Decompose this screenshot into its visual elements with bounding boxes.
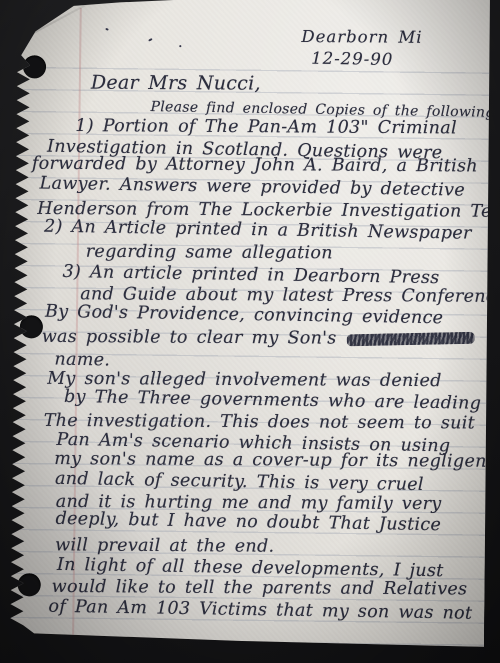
handwritten-line: regarding same allegation <box>86 242 333 264</box>
handwritten-line: was possible to clear my Son's <box>42 327 475 350</box>
ink-speck <box>179 45 181 47</box>
paper-sheet: Dearborn Mi 12-29-90 Dear Mrs Nucci, Ple… <box>2 0 492 655</box>
salutation: Dear Mrs Nucci, <box>91 73 261 94</box>
scribbled-out-word <box>347 332 475 347</box>
heading-city: Dearborn Mi <box>301 27 422 48</box>
photo-background: Dearborn Mi 12-29-90 Dear Mrs Nucci, Ple… <box>0 0 500 663</box>
handwritten-line: forwarded by Attorney John A. Baird, a B… <box>32 154 478 177</box>
heading-date: 12-29-90 <box>311 49 393 70</box>
hole-punch-middle <box>20 315 43 338</box>
fold-crease <box>27 0 98 37</box>
handwritten-line: name. <box>54 350 110 371</box>
handwritten-line: my son's name as a cover-up for its negl… <box>54 449 500 472</box>
handwritten-text: was possible to clear my Son's <box>42 327 337 349</box>
ink-speck <box>105 28 109 31</box>
handwritten-line: would like to tell the parents and Relat… <box>52 577 468 600</box>
handwritten-line: will prevail at the end. <box>55 535 274 556</box>
ink-speck <box>148 38 152 42</box>
hole-punch-bottom <box>18 573 41 596</box>
handwritten-line: 1) Portion of The Pan-Am 103" Criminal <box>75 116 457 138</box>
